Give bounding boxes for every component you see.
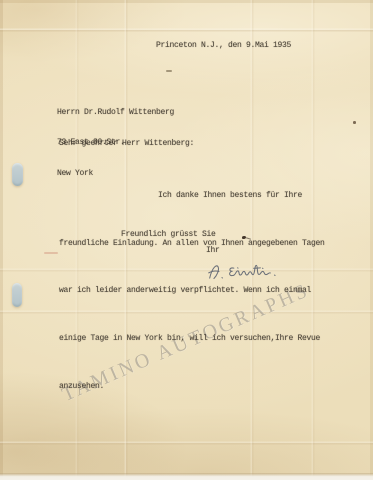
salutation: Sehr geehrter Herr Wittenberg: [59,139,194,148]
pre-signature: Ihr [206,246,220,255]
closing-line: Freundlich grüsst Sie [121,230,216,239]
recipient-name: Herrn Dr.Rudolf Wittenberg [57,108,174,118]
body-line: war ich leider anderweitig verpflichtet.… [59,283,325,299]
fold-crease-horizontal [0,28,373,32]
paper-edge-top [0,0,373,3]
paper-edge-left [0,0,3,480]
date-line: Princeton N.J., den 9.Mai 1935 [156,41,291,50]
fold-crease-horizontal [0,441,373,445]
paper-blemish [44,252,58,254]
punch-hole-top [12,163,23,186]
paper-bottom-edge [0,473,373,480]
einstein-signature [204,256,294,285]
scanned-letter-page: TAMINO AUTOGRAPHS Princeton N.J., den 9.… [0,0,373,480]
letter-body: Ich danke Ihnen bestens für Ihre freundl… [59,156,325,426]
ink-speck [353,121,356,124]
body-line: einige Tage in New York bin, will ich ve… [59,331,325,347]
body-line: anzusehen. [59,379,325,395]
ink-speck [166,70,172,72]
body-line: Ich danke Ihnen bestens für Ihre [59,188,325,204]
punch-hole-bottom [12,283,22,307]
